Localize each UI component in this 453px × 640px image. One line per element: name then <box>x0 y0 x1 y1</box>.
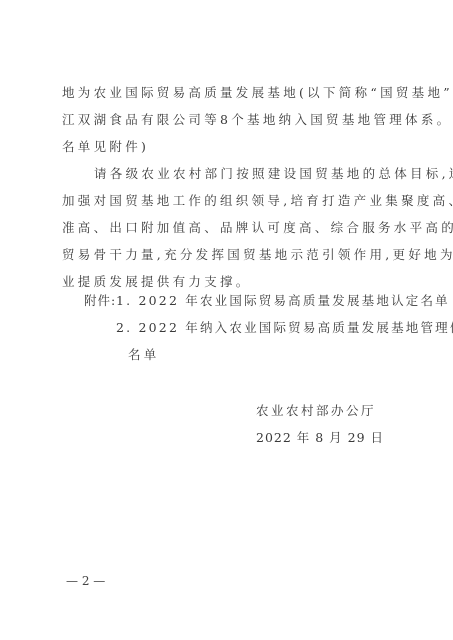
paragraph-2-line-1: 请各级农业农村部门按照建设国贸基地的总体目标,进一步 <box>94 166 453 182</box>
attachment-item-2-continued: 名单 <box>128 347 160 363</box>
paragraph-2-line-4: 贸易骨干力量,充分发挥国贸基地示范引领作用,更好地为农业产 <box>62 247 453 263</box>
issuing-organization: 农业农村部办公厅 <box>256 403 376 419</box>
issue-date: 2022 年 8 月 29 日 <box>256 430 384 446</box>
paragraph-1-line-3: 名单见附件) <box>62 139 149 155</box>
page-number: — 2 — <box>66 574 105 588</box>
attachment-item-2: 2. 2022 年纳入农业国际贸易高质量发展基地管理体系 <box>116 320 453 336</box>
paragraph-1-line-1: 地为农业国际贸易高质量发展基地(以下简称“国贸基地”),将湛 <box>62 85 453 101</box>
attachments-label: 附件: <box>84 293 116 309</box>
attachment-item-1: 1. 2022 年农业国际贸易高质量发展基地认定名单 <box>116 293 450 309</box>
paragraph-2-line-2: 加强对国贸基地工作的组织领导,培育打造产业集聚度高、生产标 <box>62 193 453 209</box>
paragraph-2-line-5: 业提质发展提供有力支撑。 <box>62 274 252 290</box>
paragraph-2-line-3: 准高、出口附加值高、品牌认可度高、综合服务水平高的农业对外 <box>62 220 453 236</box>
paragraph-1-line-2: 江双湖食品有限公司等8个基地纳入国贸基地管理体系。(具体 <box>62 112 453 128</box>
